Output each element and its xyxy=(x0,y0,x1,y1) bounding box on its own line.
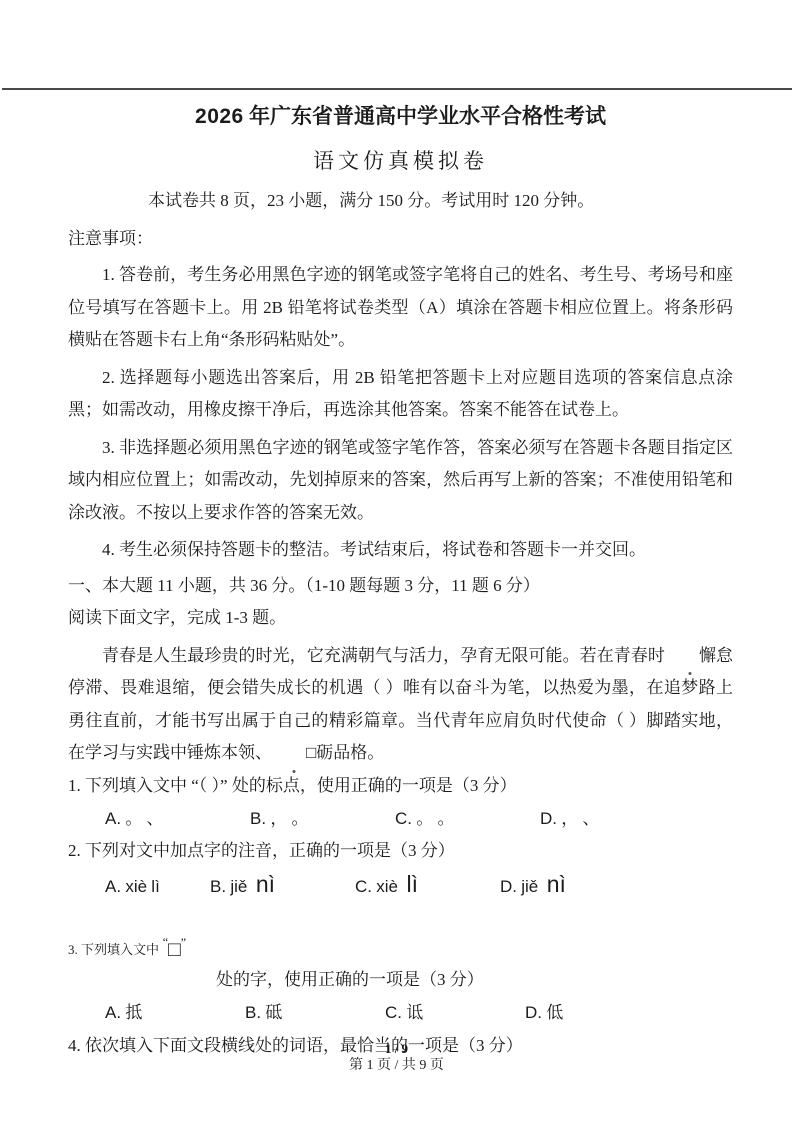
reading-passage: 青春是人生最珍贵的时光，它充满朝气与活力，孕育无限可能。若在青春时懈怠停滞、畏难… xyxy=(68,640,733,770)
q1-option-a: A. 。 、 xyxy=(105,802,250,835)
q1-option-a-text: 。 、 xyxy=(125,809,163,828)
q3-option-b-text: 砥 xyxy=(265,1003,282,1022)
q2-option-a: A. xiè lì xyxy=(105,870,210,903)
q3-stem-prefix: 3. 下列填入文中 xyxy=(68,942,159,957)
q2-option-a-label: A. xyxy=(105,877,121,896)
q1-option-c-text: 。 。 xyxy=(416,809,454,828)
q3-option-a-label: A. xyxy=(105,1003,121,1022)
q1-option-b-label: B. xyxy=(250,809,266,828)
q3-option-c-label: C. xyxy=(385,1003,402,1022)
q1-option-d: D. ， 、 xyxy=(540,802,685,835)
q2-option-b-pinyin-1: jiě xyxy=(230,877,247,896)
question-3: 3. 下列填入文中 “□” 处的字，使用正确的一项是（3 分） A. 抵B. 砥… xyxy=(68,929,733,1029)
notice-item-1: 1. 答卷前，考生务必用黑色字迹的钢笔或签字笔将自己的姓名、考生号、考场号和座位… xyxy=(68,259,733,357)
q1-option-c-label: C. xyxy=(395,809,412,828)
q2-option-b-pinyin-2: nì xyxy=(256,871,275,897)
page-number: 1 / 9 xyxy=(0,1040,793,1057)
exam-title: 2026 年广东省普通高中学业水平合格性考试 xyxy=(68,102,733,131)
q1-option-d-label: D. xyxy=(540,809,557,828)
q2-option-d-pinyin-2: nì xyxy=(547,871,566,897)
q3-option-d: D. 低 xyxy=(525,996,665,1029)
passage-part-3: 砺品格。 xyxy=(316,743,384,762)
question-2-stem: 2. 下列对文中加点字的注音，正确的一项是（3 分） xyxy=(68,835,733,868)
q2-option-c-pinyin-2: lì xyxy=(406,871,418,897)
exam-info-line: 本试卷共 8 页，23 小题，满分 150 分。考试用时 120 分钟。 xyxy=(148,188,733,214)
exam-title-text: 年广东省普通高中学业水平合格性考试 xyxy=(244,104,606,128)
q2-option-c-label: C. xyxy=(355,877,372,896)
q2-option-a-pinyin-2: lì xyxy=(151,877,160,896)
q2-option-a-pinyin-1: xiè xyxy=(125,877,147,896)
q1-option-a-label: A. xyxy=(105,809,121,828)
question-3-options: A. 抵B. 砥C. 诋D. 低 xyxy=(68,996,733,1029)
q3-option-a: A. 抵 xyxy=(105,996,245,1029)
passage-dotted-char-1: 懈 xyxy=(665,640,716,673)
page-content: 2026 年广东省普通高中学业水平合格性考试 语文仿真模拟卷 本试卷共 8 页，… xyxy=(0,102,793,1062)
q3-option-a-text: 抵 xyxy=(125,1003,142,1022)
q3-option-d-text: 低 xyxy=(546,1003,563,1022)
q3-option-c: C. 诋 xyxy=(385,996,525,1029)
q3-option-b-label: B. xyxy=(245,1003,261,1022)
section-1-heading: 一、本大题 11 小题，共 36 分。（1-10 题每题 3 分，11 题 6 … xyxy=(68,570,733,603)
q2-option-c-pinyin-1: xiè xyxy=(376,877,398,896)
q1-option-c: C. 。 。 xyxy=(395,802,540,835)
exam-year: 2026 xyxy=(195,105,244,128)
q3-option-b: B. 砥 xyxy=(245,996,385,1029)
notice-item-3: 3. 非选择题必须用黑色字迹的钢笔或签字笔作答，答案必须写在答题卡各题目指定区域… xyxy=(68,432,733,530)
q2-option-c: C. xiè lì xyxy=(355,868,500,903)
passage-part-1: 青春是人生最珍贵的时光，它充满朝气与活力，孕育无限可能。若在青春时 xyxy=(102,646,665,665)
q1-option-b-text: ， 。 xyxy=(270,809,308,828)
exam-subtitle: 语文仿真模拟卷 xyxy=(68,146,733,176)
question-2-options: A. xiè lìB. jiě nìC. xiè lìD. jiě nì xyxy=(68,868,733,903)
notice-heading: 注意事项： xyxy=(68,224,733,254)
question-1-stem: 1. 下列填入文中 “（ ）” 处的标点，使用正确的一项是（3 分） xyxy=(68,770,733,803)
question-1-options: A. 。 、B. ， 。C. 。 。D. ， 、 xyxy=(68,802,733,835)
q2-option-d-pinyin-1: jiě xyxy=(521,877,538,896)
reading-intro: 阅读下面文字，完成 1-3 题。 xyxy=(68,602,733,635)
question-3-stem-line-2: 处的字，使用正确的一项是（3 分） xyxy=(216,963,733,996)
q2-option-d: D. jiě nì xyxy=(500,868,645,903)
notice-item-2: 2. 选择题每小题选出答案后，用 2B 铅笔把答题卡上对应题目选项的答案信息点涂… xyxy=(68,362,733,427)
q2-option-b-label: B. xyxy=(210,877,226,896)
notice-item-4: 4. 考生必须保持答题卡的整洁。考试结束后，将试卷和答题卡一并交回。 xyxy=(68,534,733,567)
q3-close-quote: ” xyxy=(181,935,186,949)
q2-option-b: B. jiě nì xyxy=(210,868,355,903)
q1-option-d-text: ， 、 xyxy=(561,809,599,828)
q3-option-d-label: D. xyxy=(525,1003,542,1022)
question-3-stem-line-1: 3. 下列填入文中 “□” xyxy=(68,929,733,963)
passage-dotted-box: □ xyxy=(272,737,316,770)
q1-option-b: B. ， 。 xyxy=(250,802,395,835)
page-number-chinese: 第 1 页 / 共 9 页 xyxy=(0,1057,793,1074)
page-footer: 1 / 9 第 1 页 / 共 9 页 xyxy=(0,1040,793,1074)
header-rule xyxy=(2,88,792,90)
exam-document-page: 2026 年广东省普通高中学业水平合格性考试 语文仿真模拟卷 本试卷共 8 页，… xyxy=(0,0,793,1122)
q2-option-d-label: D. xyxy=(500,877,517,896)
q3-box-character: □ xyxy=(168,937,181,961)
q3-option-c-text: 诋 xyxy=(406,1003,423,1022)
